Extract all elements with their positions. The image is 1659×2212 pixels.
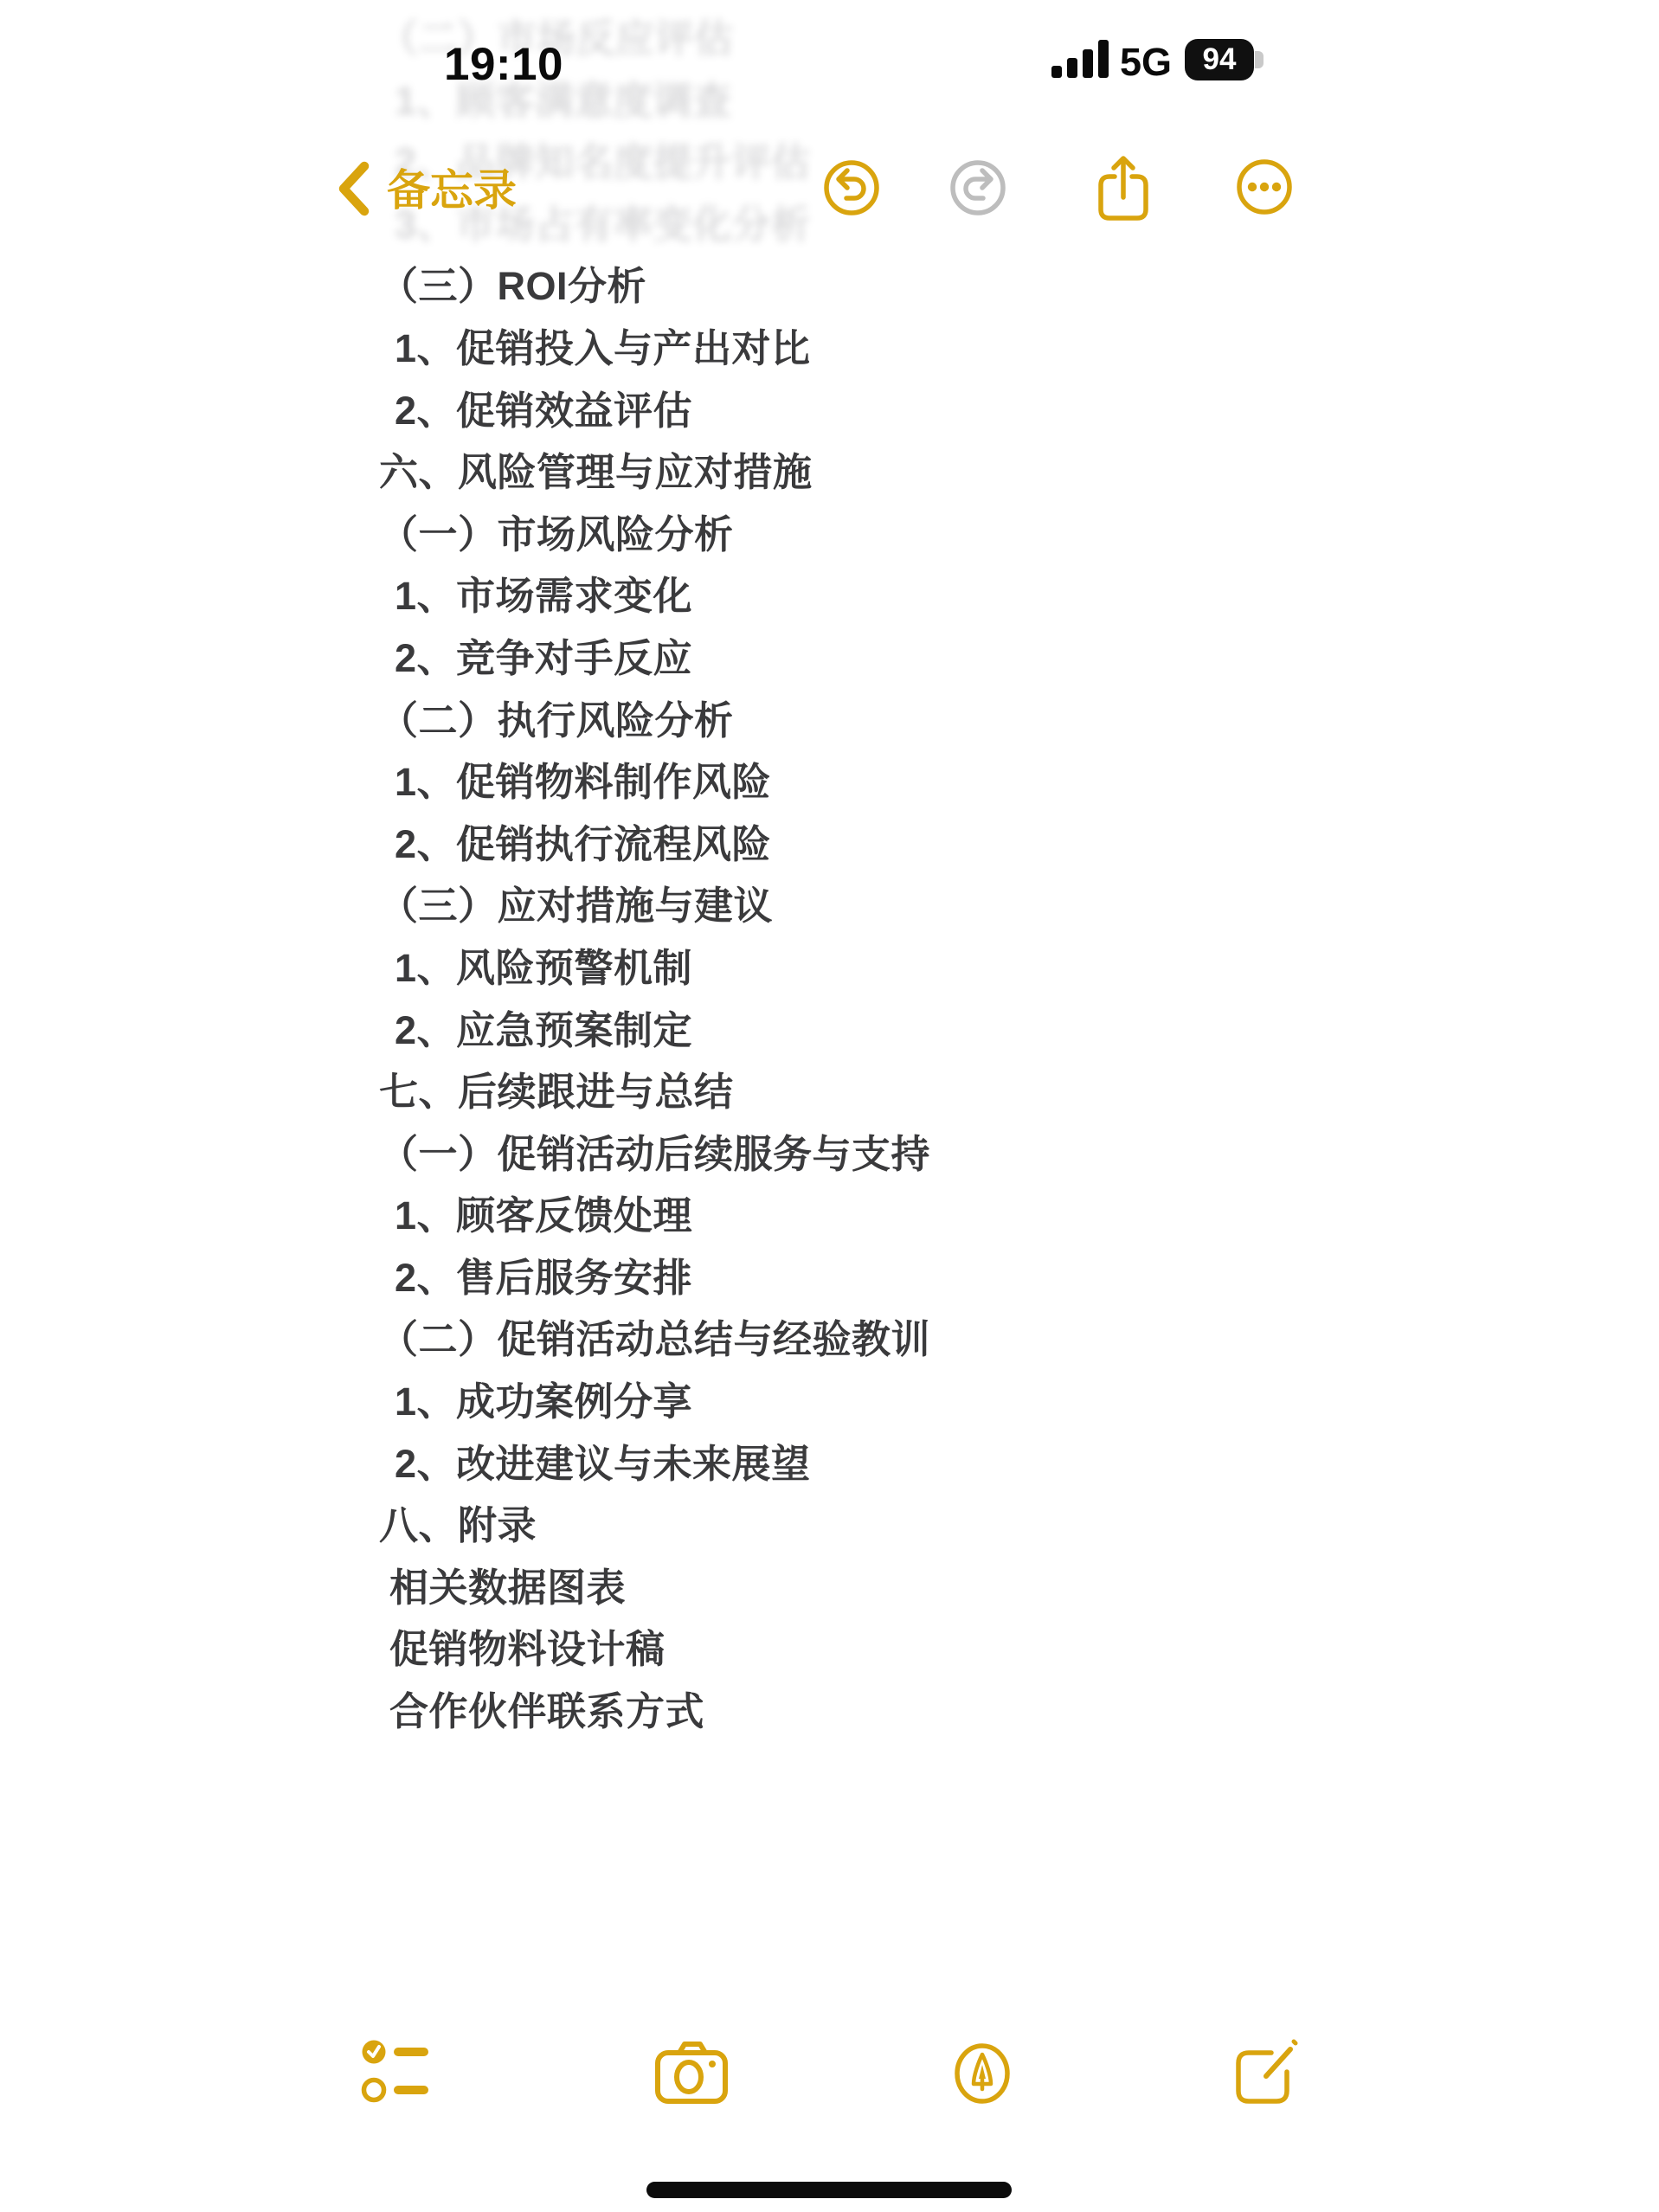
note-line[interactable]: 2、应急预案制定	[0, 1000, 1659, 1062]
note-line[interactable]: 六、风险管理与应对措施	[0, 441, 1659, 504]
signal-strength-icon	[1051, 40, 1114, 78]
battery-icon: 94	[1185, 39, 1254, 80]
undo-icon[interactable]	[823, 159, 880, 216]
camera-icon[interactable]	[655, 2041, 728, 2105]
scrolled-note-lines: （二）市场反应评估1、顾客满意度调查2、品牌知名度提升评估3、市场占有率变化分析	[0, 8, 1659, 255]
note-line[interactable]: （三）应对措施与建议	[0, 875, 1659, 937]
back-button[interactable]	[336, 161, 372, 216]
note-line[interactable]: 1、风险预警机制	[0, 937, 1659, 1000]
note-line[interactable]: 七、后续跟进与总结	[0, 1061, 1659, 1123]
note-line[interactable]: 1、促销物料制作风险	[0, 751, 1659, 813]
markup-icon[interactable]	[953, 2042, 1012, 2105]
home-indicator[interactable]	[646, 2182, 1012, 2198]
network-type-label: 5G	[1120, 40, 1172, 85]
note-line[interactable]: 2、促销执行流程风险	[0, 813, 1659, 876]
note-line: （二）市场反应评估	[0, 8, 1659, 70]
compose-icon[interactable]	[1231, 2037, 1301, 2108]
note-line[interactable]: （二）促销活动总结与经验教训	[0, 1309, 1659, 1371]
note-line[interactable]: 合作伙伴联系方式	[0, 1681, 1659, 1743]
back-button-label[interactable]: 备忘录	[387, 164, 517, 216]
notes-app-screen: （二）市场反应评估1、顾客满意度调查2、品牌知名度提升评估3、市场占有率变化分析…	[0, 0, 1659, 2212]
share-icon[interactable]	[1092, 151, 1154, 223]
note-line[interactable]: （一）促销活动后续服务与支持	[0, 1123, 1659, 1186]
note-line[interactable]: （三）ROI分析	[0, 255, 1659, 318]
note-line[interactable]: 2、促销效益评估	[0, 380, 1659, 442]
more-icon[interactable]	[1236, 158, 1293, 215]
note-line[interactable]: 2、售后服务安排	[0, 1247, 1659, 1309]
note-line[interactable]: （一）市场风险分析	[0, 504, 1659, 566]
note-line[interactable]: 2、改进建议与未来展望	[0, 1433, 1659, 1495]
clock: 19:10	[400, 38, 608, 91]
note-line[interactable]: 2、竞争对手反应	[0, 627, 1659, 690]
note-line[interactable]: （二）执行风险分析	[0, 690, 1659, 752]
note-line[interactable]: 相关数据图表	[0, 1557, 1659, 1619]
note-content[interactable]: （二）市场反应评估1、顾客满意度调查2、品牌知名度提升评估3、市场占有率变化分析…	[0, 8, 1659, 1743]
redo-icon[interactable]	[949, 159, 1006, 216]
note-line[interactable]: 促销物料设计稿	[0, 1618, 1659, 1681]
visible-note-lines: （三）ROI分析1、促销投入与产出对比2、促销效益评估六、风险管理与应对措施（一…	[0, 255, 1659, 1742]
note-line[interactable]: 1、促销投入与产出对比	[0, 318, 1659, 380]
note-line: 1、顾客满意度调查	[0, 70, 1659, 132]
note-line[interactable]: 1、成功案例分享	[0, 1371, 1659, 1433]
checklist-icon[interactable]	[361, 2039, 428, 2108]
note-line[interactable]: 1、市场需求变化	[0, 565, 1659, 627]
note-line[interactable]: 八、附录	[0, 1495, 1659, 1557]
chevron-left-icon	[336, 161, 372, 216]
battery-cap-icon	[1255, 51, 1264, 68]
note-line[interactable]: 1、顾客反馈处理	[0, 1185, 1659, 1247]
